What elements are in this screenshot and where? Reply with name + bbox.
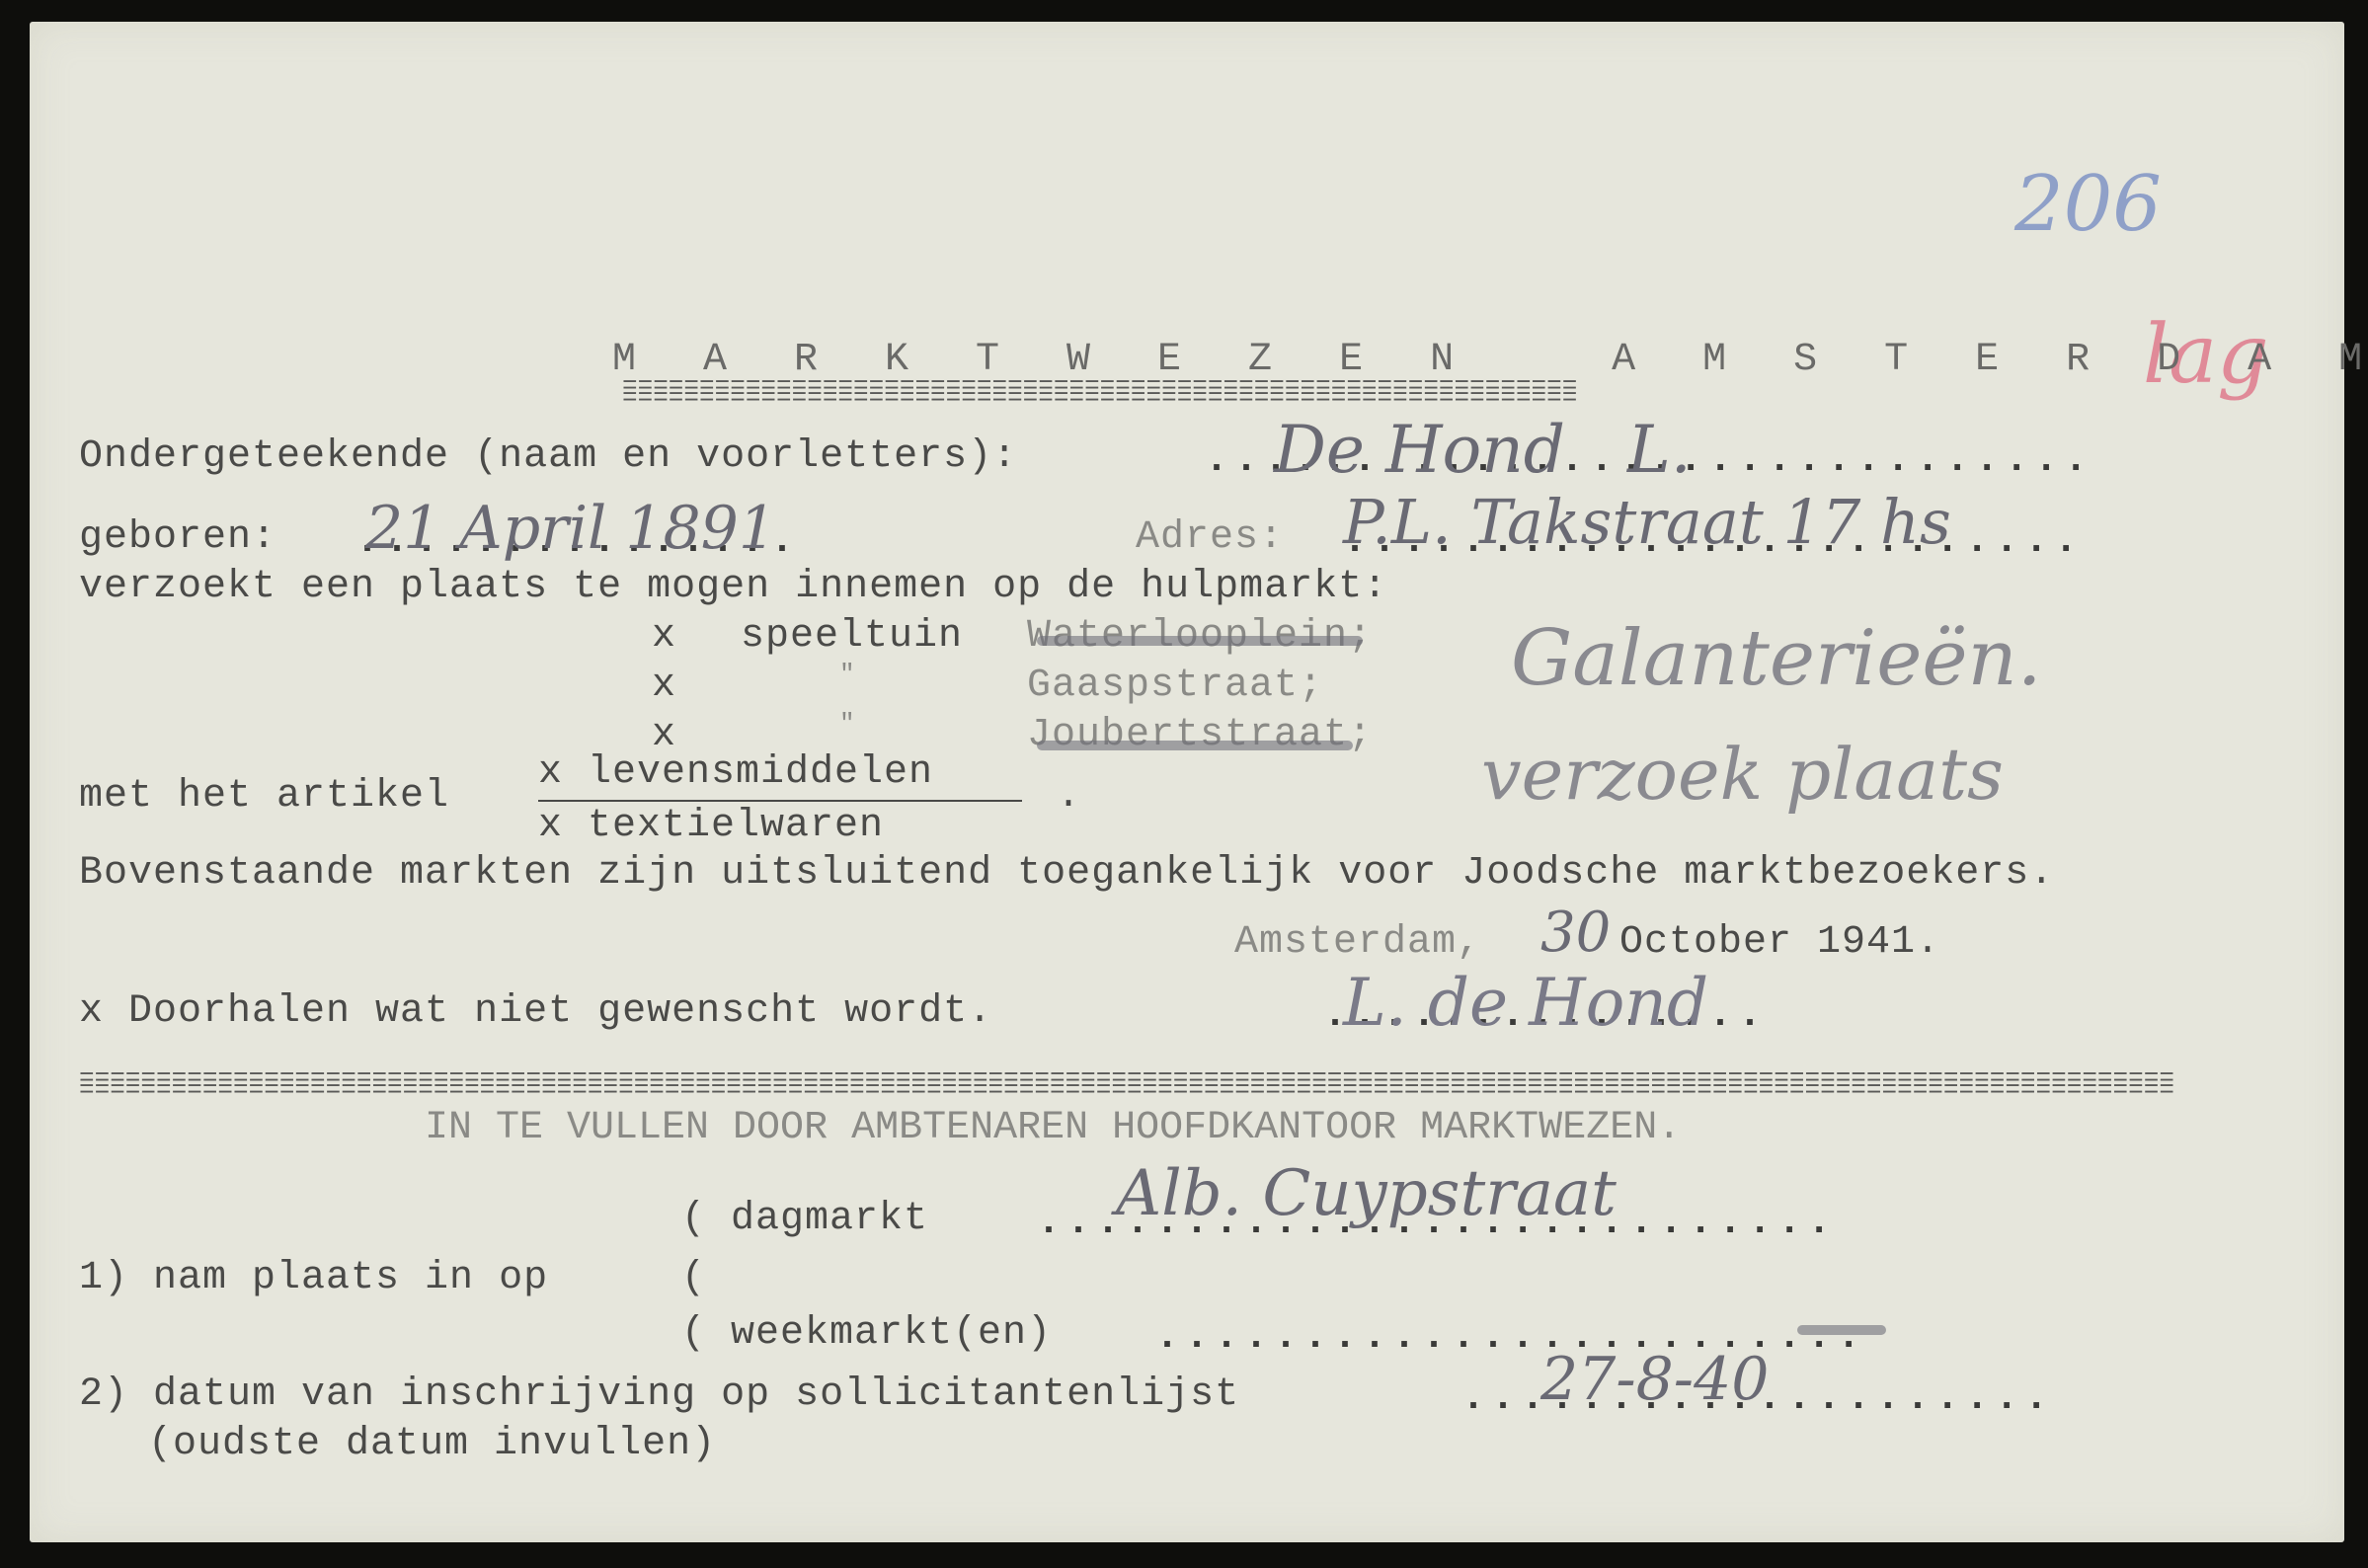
market-prefix-1: speeltuin bbox=[741, 614, 963, 659]
market-mark-1: x bbox=[652, 614, 676, 659]
bracket-mid: ( bbox=[681, 1256, 706, 1300]
name-handwritten: De Hond L. bbox=[1274, 412, 1692, 488]
item1-label: 1) nam plaats in op bbox=[79, 1256, 548, 1300]
handwritten-note-line2: verzoek plaats bbox=[1481, 733, 2004, 816]
dagmarkt-label: ( dagmarkt bbox=[681, 1197, 928, 1241]
strike-out-footnote: x Doorhalen wat niet gewenscht wordt. bbox=[79, 989, 992, 1034]
market-prefix-2: " bbox=[839, 660, 856, 689]
article-option-textielwaren: x textielwaren bbox=[538, 804, 884, 848]
strikethrough-mark bbox=[1037, 636, 1363, 646]
title-double-rule: ========================================… bbox=[622, 380, 1748, 404]
born-label: geboren: bbox=[79, 515, 276, 560]
strikethrough-mark bbox=[1037, 741, 1353, 750]
place-label: Amsterdam, bbox=[1234, 920, 1481, 965]
market-mark-2: x bbox=[652, 664, 676, 708]
date-day-handwritten: 30 bbox=[1540, 901, 1611, 965]
article-label: met het artikel bbox=[79, 774, 449, 819]
market-prefix-3: " bbox=[839, 709, 856, 739]
name-label: Ondergeteekende (naam en voorletters): bbox=[79, 434, 1017, 479]
weekmarkt-dash-mark bbox=[1797, 1325, 1886, 1335]
form-title: M A R K T W E Z E N A M S T E R D A M. bbox=[612, 338, 2368, 382]
item2-sub-label: (oudste datum invullen) bbox=[148, 1422, 716, 1466]
item2-handwritten-date: 27-8-40 bbox=[1540, 1345, 1769, 1414]
jewish-markets-notice: Bovenstaande markten zijn uitsluitend to… bbox=[79, 851, 2054, 896]
article-option-levensmiddelen: x levensmiddelen bbox=[538, 750, 933, 795]
born-handwritten: 21 April 1891 bbox=[365, 494, 776, 563]
address-label: Adres: bbox=[1136, 515, 1284, 560]
archive-number-annotation: 206 bbox=[2014, 160, 2162, 249]
date-month-year: October 1941. bbox=[1619, 920, 1940, 965]
market-joubertstraat: Joubertstraat; bbox=[1027, 713, 1373, 757]
section-double-rule: ========================================… bbox=[79, 1072, 2291, 1096]
request-text: verzoekt een plaats te mogen innemen op … bbox=[79, 565, 1387, 609]
dagmarkt-handwritten: Alb. Cuypstraat bbox=[1116, 1157, 1617, 1230]
item2-label: 2) datum van inschrijving op sollicitant… bbox=[79, 1372, 1239, 1417]
article-divider-line bbox=[538, 800, 1022, 802]
applicant-signature: L. de Hond bbox=[1343, 965, 1708, 1041]
archival-form-card: 206 lag M A R K T W E Z E N A M S T E R … bbox=[30, 22, 2344, 1542]
handwritten-note-line1: Galanterieën. bbox=[1511, 614, 2042, 703]
official-section-heading: IN TE VULLEN DOOR AMBTENAREN HOOFDKANTOO… bbox=[425, 1106, 1681, 1150]
weekmarkt-label: ( weekmarkt(en) bbox=[681, 1311, 1052, 1356]
article-period: . bbox=[1057, 774, 1081, 819]
address-handwritten: P.L. Takstraat 17 hs bbox=[1343, 486, 1951, 558]
market-gaaspstraat: Gaaspstraat; bbox=[1027, 664, 1323, 708]
